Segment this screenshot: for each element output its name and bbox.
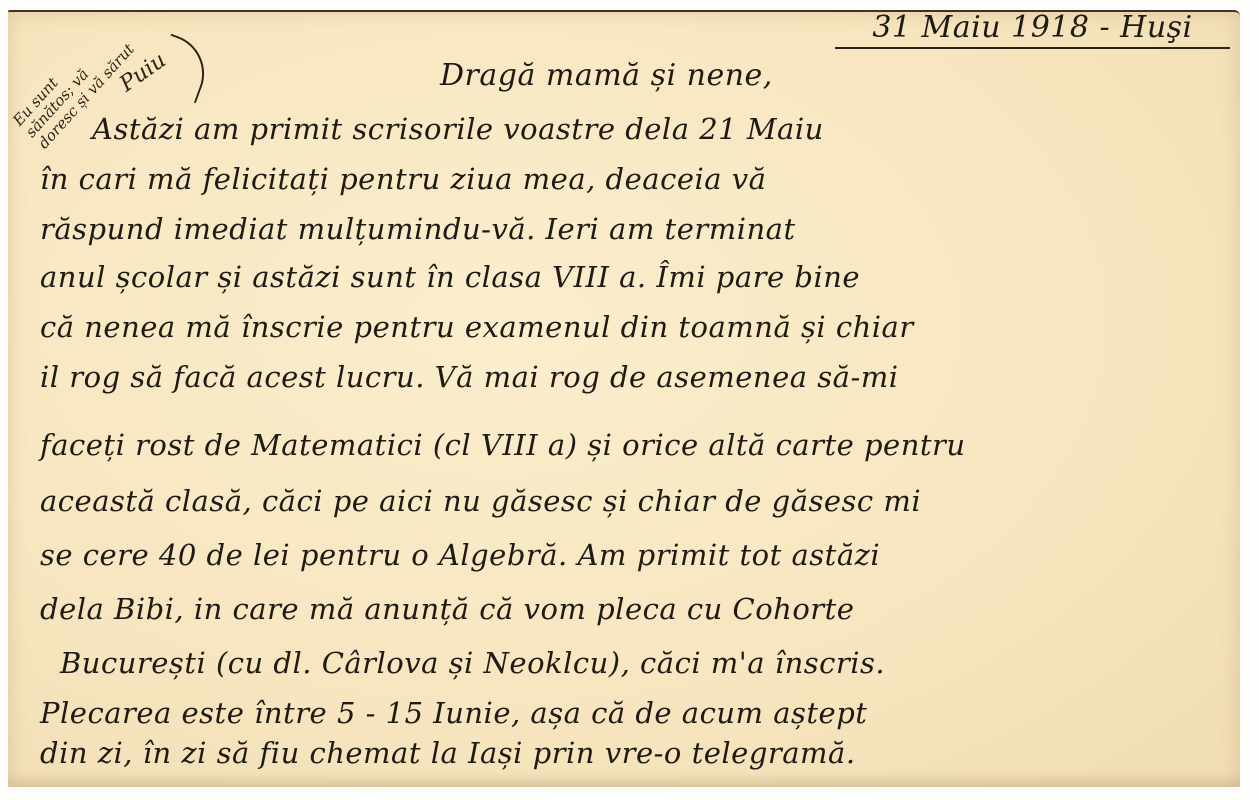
dateline: 31 Maiu 1918 - Huşi: [835, 10, 1230, 49]
body-line: Astăzi am primit scrisorile voastre dela…: [92, 112, 824, 146]
body-line: în cari mă felicitați pentru ziua mea, d…: [40, 162, 766, 196]
body-line: că nenea mă înscrie pentru examenul din …: [40, 310, 914, 344]
body-line: dela Bibi, in care mă anunță că vom plec…: [40, 592, 854, 626]
body-line: această clasă, căci pe aici nu găsesc și…: [40, 484, 921, 518]
body-line: din zi, în zi să fiu chemat la Iași prin…: [40, 736, 856, 770]
body-line: Plecarea este între 5 - 15 Iunie, așa că…: [40, 696, 867, 730]
body-line: București (cu dl. Cârlova și Neoklcu), c…: [60, 646, 885, 680]
body-line: il rog să facă acest lucru. Vă mai rog d…: [40, 360, 899, 394]
body-line: răspund imediat mulțumindu-vă. Ieri am t…: [40, 212, 796, 246]
body-line: anul școlar și astăzi sunt în clasa VIII…: [40, 260, 860, 294]
greeting: Dragă mamă și nene,: [440, 58, 773, 93]
body-line: se cere 40 de lei pentru o Algebră. Am p…: [40, 538, 880, 572]
body-line: faceți rost de Matematici (cl VIII a) și…: [40, 428, 966, 462]
